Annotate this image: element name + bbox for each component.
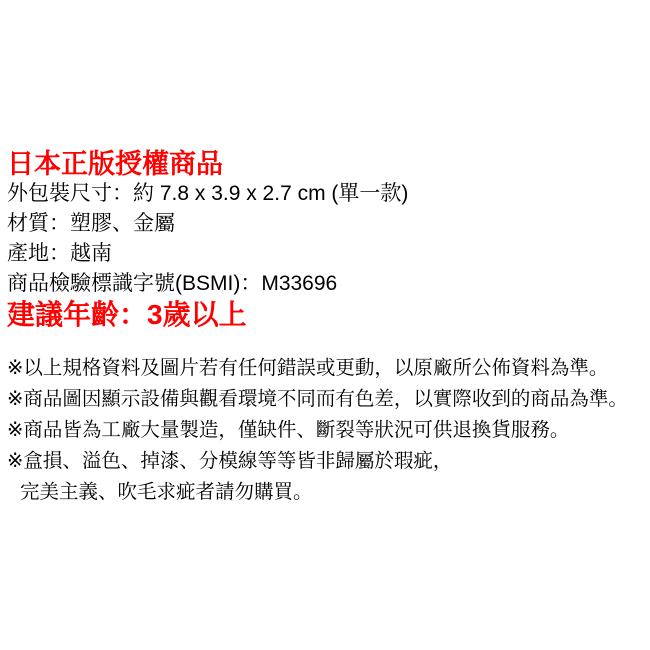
spec-material: 材質：塑膠、金屬 (7, 209, 645, 239)
disclaimer-not-defects: ※盒損、溢色、掉漆、分模線等等皆非歸屬於瑕疵， (7, 446, 645, 477)
disclaimer-return-policy: ※商品皆為工廠大量製造，僅缺件、斷裂等狀況可供退換貨服務。 (7, 415, 645, 446)
age-recommendation: 建議年齡：3歲以上 (7, 299, 645, 330)
product-spec-content: 日本正版授權商品 外包裝尺寸：約 7.8 x 3.9 x 2.7 cm (單一款… (7, 149, 645, 508)
spec-bsmi-number: 商品檢驗標識字號(BSMI)：M33696 (7, 269, 645, 299)
product-spec-sheet: 日本正版授權商品 外包裝尺寸：約 7.8 x 3.9 x 2.7 cm (單一款… (0, 0, 650, 650)
disclaimer-color-difference: ※商品圖因顯示設備與觀看環境不同而有色差，以實際收到的商品為準。 (7, 384, 645, 415)
disclaimer-notes: ※以上規格資料及圖片若有任何錯誤或更動，以原廠所公佈資料為準。 ※商品圖因顯示設… (7, 353, 645, 508)
spec-package-size: 外包裝尺寸：約 7.8 x 3.9 x 2.7 cm (單一款) (7, 179, 645, 209)
spec-origin: 產地：越南 (7, 239, 645, 269)
disclaimer-perfectionist-warning: 完美主義、吹毛求疵者請勿購買。 (7, 477, 645, 508)
disclaimer-specs-accuracy: ※以上規格資料及圖片若有任何錯誤或更動，以原廠所公佈資料為準。 (7, 353, 645, 384)
license-title: 日本正版授權商品 (7, 149, 645, 179)
